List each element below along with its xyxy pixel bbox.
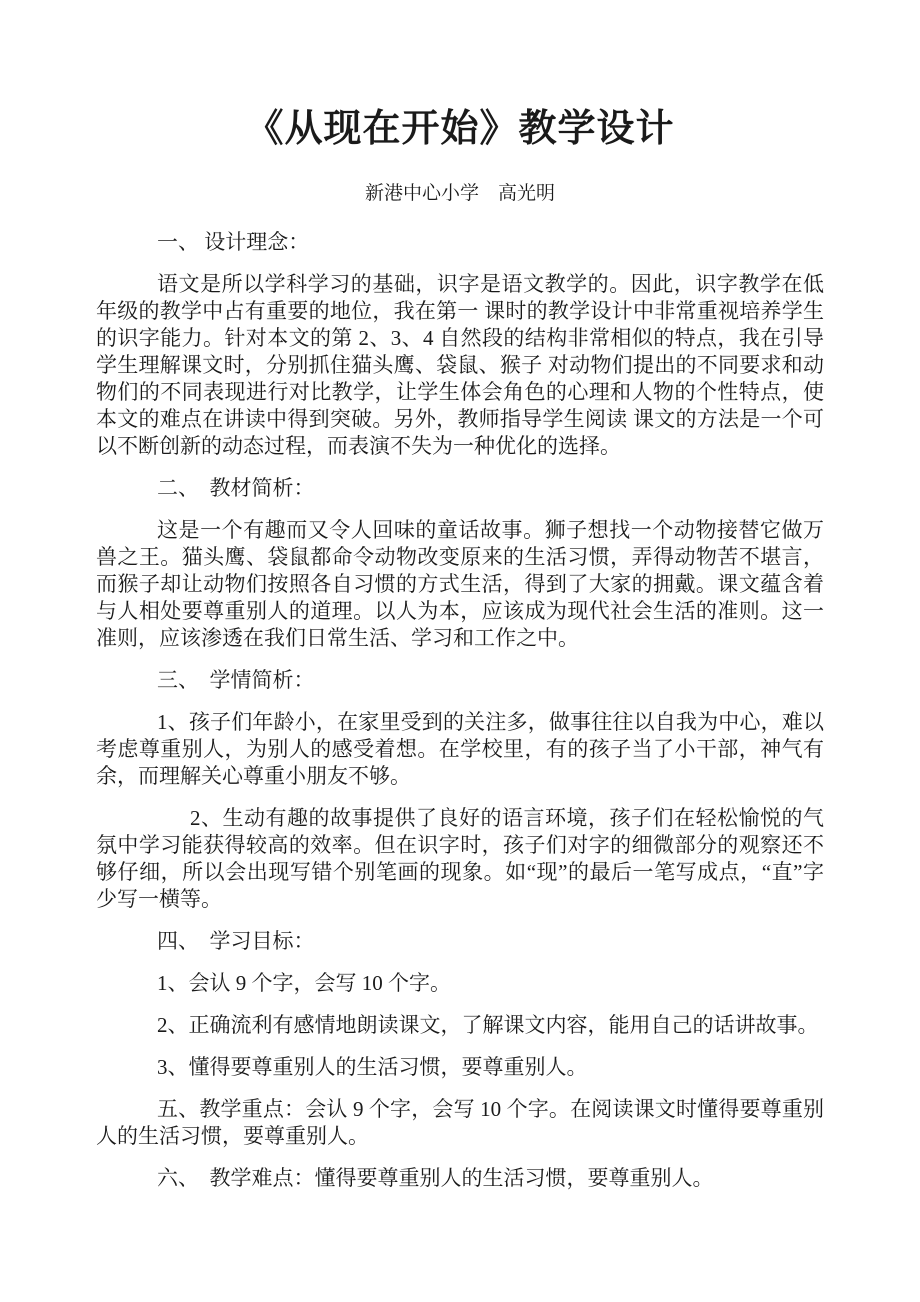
paragraph-material-analysis: 这是一个有趣而又令人回味的童话故事。狮子想找一个动物接替它做万兽之王。猫头鹰、袋…: [96, 517, 824, 652]
paragraph-learner-analysis-1: 1、孩子们年龄小，在家里受到的关注多，做事往往以自我为中心，难以考虑尊重别人，为…: [96, 709, 824, 790]
goal-item-2: 2、正确流利有感情地朗读课文，了解课文内容，能用自己的话讲故事。: [96, 1012, 824, 1039]
paragraph-design-concept: 语文是所以学科学习的基础，识字是语文教学的。因此，识字教学在低年级的教学中占有重…: [96, 271, 824, 460]
goal-item-1: 1、会认 9 个字，会写 10 个字。: [96, 970, 824, 997]
section-heading-learner-analysis: 三、 学情简析：: [96, 667, 824, 694]
document-page: 《从现在开始》教学设计 新港中心小学 高光明 一、 设计理念： 语文是所以学科学…: [0, 0, 920, 1287]
section-heading-learning-goals: 四、 学习目标：: [96, 928, 824, 955]
document-byline: 新港中心小学 高光明: [96, 180, 824, 207]
section-heading-design-concept: 一、 设计理念：: [96, 229, 824, 256]
goal-item-3: 3、懂得要尊重别人的生活习惯，要尊重别人。: [96, 1054, 824, 1081]
document-title: 《从现在开始》教学设计: [96, 105, 824, 153]
paragraph-learner-analysis-2: 2、生动有趣的故事提供了良好的语言环境，孩子们在轻松愉悦的气氛中学习能获得较高的…: [96, 805, 824, 913]
section-heading-material-analysis: 二、 教材简析：: [96, 475, 824, 502]
paragraph-teaching-focus: 五、教学重点：会认 9 个字，会写 10 个字。在阅读课文时懂得要尊重别人的生活…: [96, 1096, 824, 1150]
paragraph-teaching-difficulty: 六、 教学难点：懂得要尊重别人的生活习惯，要尊重别人。: [96, 1165, 824, 1192]
